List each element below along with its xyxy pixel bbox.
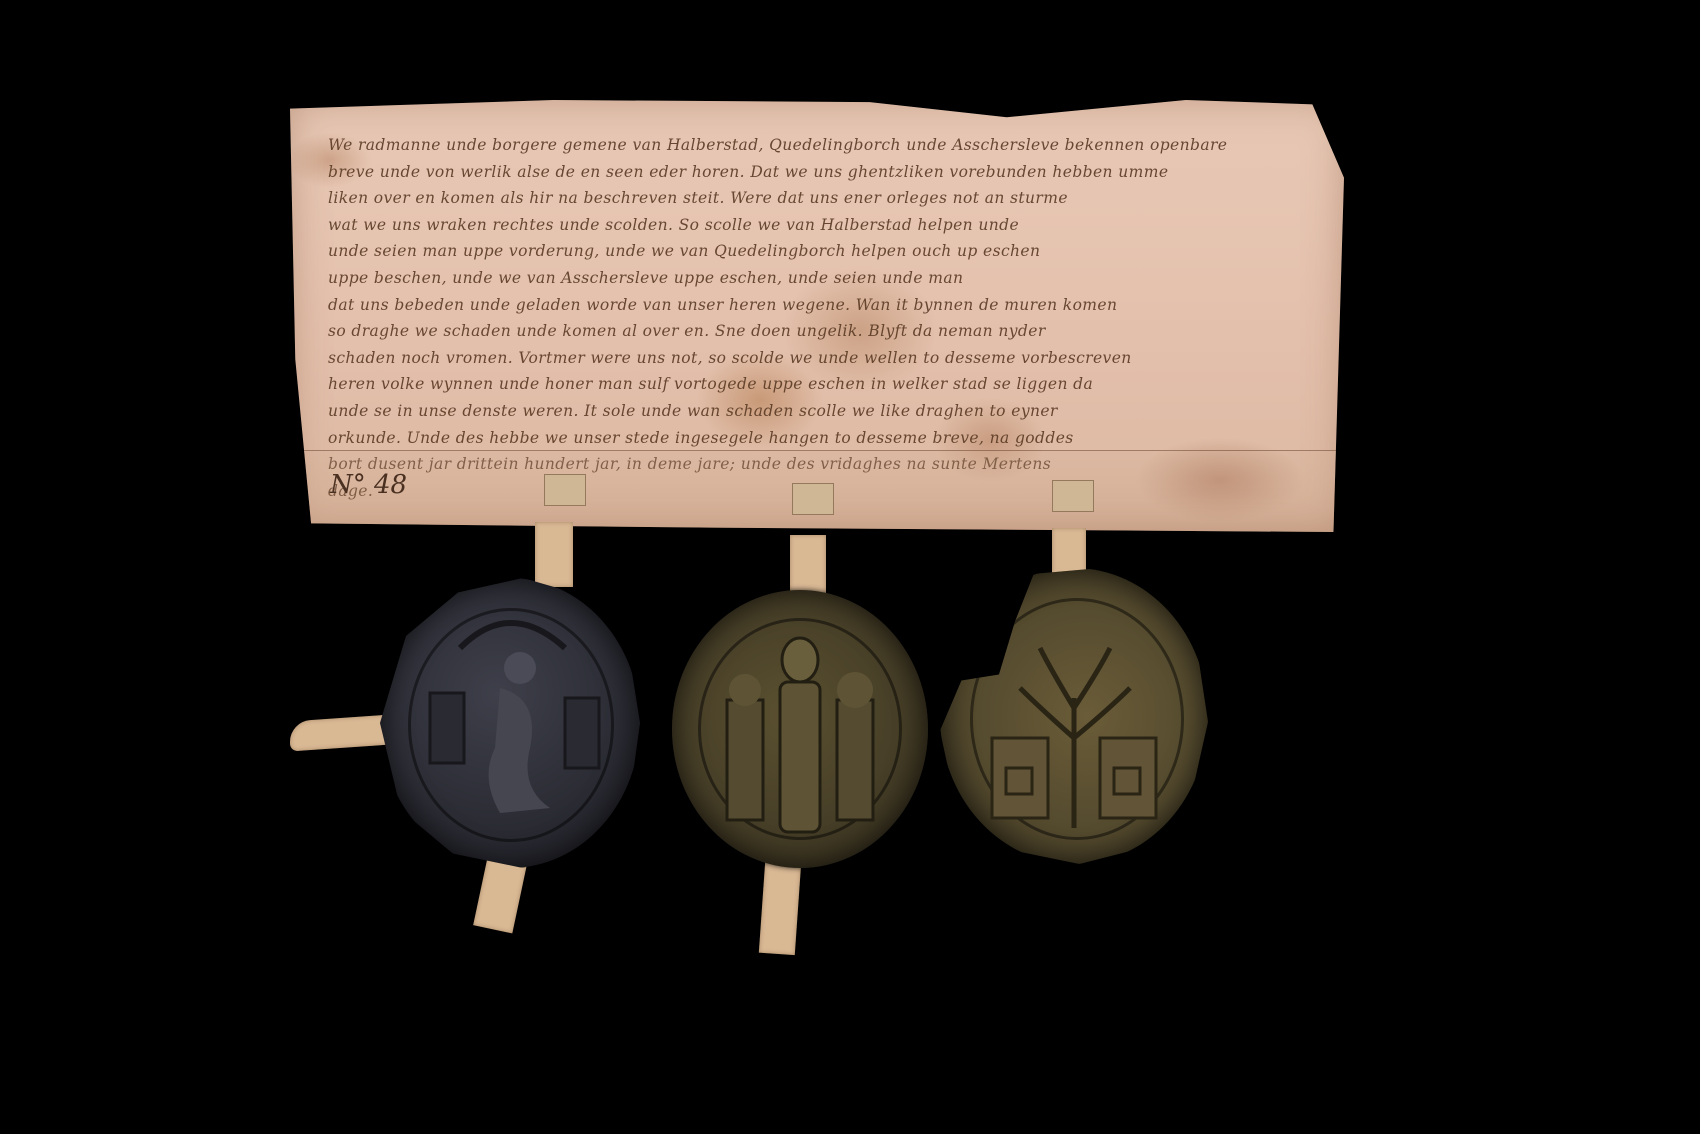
- wax-seal-right: [940, 568, 1208, 864]
- charter-line: orkunde. Unde des hebbe we unser stede i…: [328, 425, 1308, 452]
- tag-slit-left: [544, 474, 586, 506]
- wax-seal-middle: [672, 590, 928, 868]
- kneeling-figure-icon: [380, 578, 640, 868]
- wax-seal-left: [380, 578, 640, 868]
- charter-line: dat uns bebeden unde geladen worde van u…: [328, 292, 1308, 319]
- charter-line: so draghe we schaden unde komen al over …: [328, 318, 1308, 345]
- archive-number: N° 48: [330, 470, 407, 500]
- photograph-scene: We radmanne unde borgere gemene van Halb…: [0, 0, 1700, 1134]
- parchment-charter: We radmanne unde borgere gemene van Halb…: [290, 100, 1344, 532]
- charter-line: unde se in unse denste weren. It sole un…: [328, 398, 1308, 425]
- charter-text: We radmanne unde borgere gemene van Halb…: [328, 132, 1308, 504]
- standing-saint-icon: [672, 590, 928, 868]
- charter-line: schaden noch vromen. Vortmer were uns no…: [328, 345, 1308, 372]
- tree-between-towers-icon: [940, 568, 1208, 864]
- seal-tag-left-upper: [535, 522, 573, 587]
- charter-line: breve unde von werlik alse de en seen ed…: [328, 159, 1308, 186]
- charter-line: liken over en komen als hir na beschreve…: [328, 185, 1308, 212]
- tag-slit-middle: [792, 483, 834, 515]
- charter-line: unde seien man uppe vorderung, unde we v…: [328, 238, 1308, 265]
- seal-tag-middle-upper: [790, 535, 826, 597]
- tag-slit-right: [1052, 480, 1094, 512]
- charter-line: uppe beschen, unde we van Asschersleve u…: [328, 265, 1308, 292]
- seal-tag-left-lower: [473, 857, 527, 934]
- charter-line: heren volke wynnen unde honer man sulf v…: [328, 371, 1308, 398]
- charter-line: wat we uns wraken rechtes unde scolden. …: [328, 212, 1308, 239]
- charter-line: We radmanne unde borgere gemene van Halb…: [328, 132, 1308, 159]
- seal-tag-left-side: [290, 715, 390, 752]
- seal-tag-middle-lower: [759, 861, 801, 955]
